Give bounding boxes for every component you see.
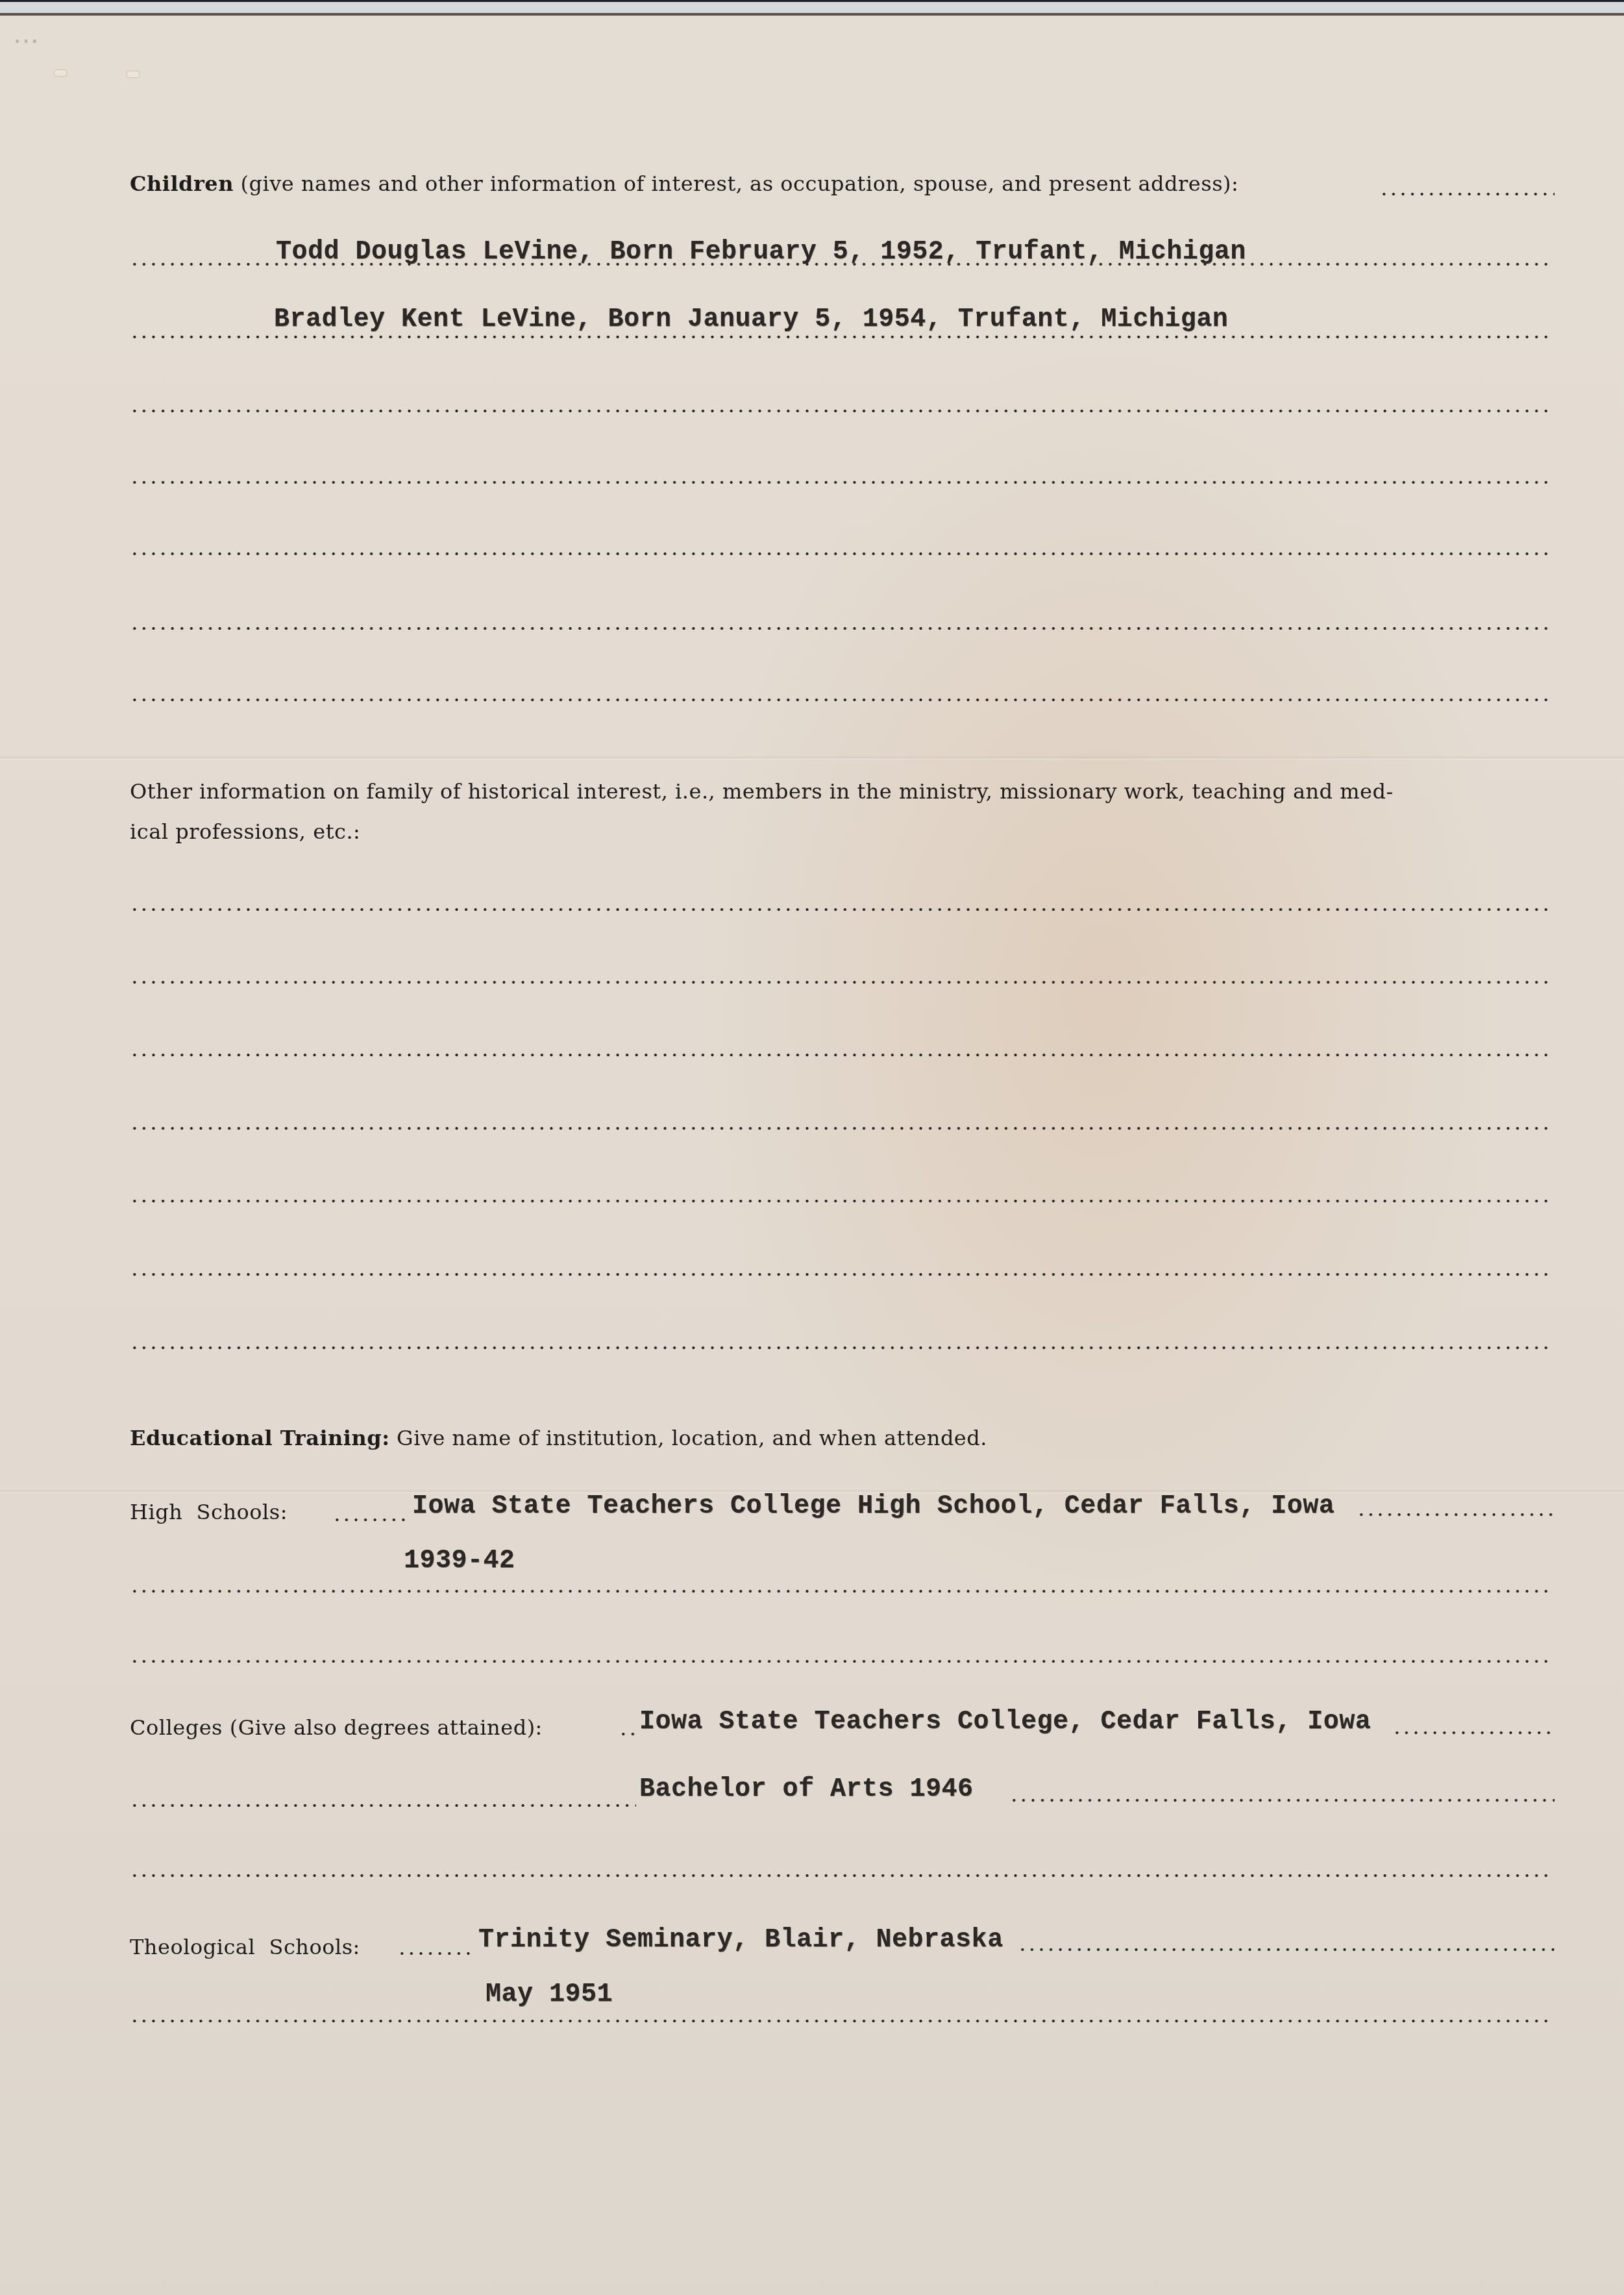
dotted-line[interactable] <box>130 409 1551 413</box>
education-heading: Educational Training: Give name of insti… <box>130 1426 987 1450</box>
high-schools-label: High Schools: <box>130 1500 288 1524</box>
dotted-line <box>1379 192 1555 196</box>
dotted-line[interactable] <box>130 1126 1551 1130</box>
dotted-line[interactable] <box>130 552 1551 556</box>
dotted-line <box>130 1804 636 1807</box>
paper-fold <box>0 756 1624 760</box>
college-degree: Bachelor of Arts 1946 <box>639 1775 974 1804</box>
staple-hole <box>127 71 139 77</box>
dotted-line <box>332 1518 410 1522</box>
dotted-line[interactable] <box>130 908 1551 912</box>
other-info-label-line1: Other information on family of historica… <box>130 779 1394 804</box>
dotted-line <box>1392 1731 1555 1735</box>
dotted-line[interactable] <box>130 335 1551 339</box>
theological-date: May 1951 <box>486 1980 613 2009</box>
dotted-line[interactable] <box>130 698 1551 702</box>
dotted-line[interactable] <box>130 980 1551 984</box>
dotted-line <box>619 1732 638 1736</box>
high-school-years: 1939-42 <box>404 1546 515 1576</box>
staple-hole <box>55 70 66 76</box>
high-school-value: Iowa State Teachers College High School,… <box>412 1492 1335 1521</box>
dotted-line <box>1009 1798 1555 1802</box>
colleges-label: Colleges (Give also degrees attained): <box>130 1715 543 1740</box>
children-label-bold: Children <box>130 171 234 196</box>
child-entry: Bradley Kent LeVine, Born January 5, 195… <box>274 305 1228 334</box>
dotted-line <box>1018 1948 1555 1952</box>
theological-label: Theological Schools: <box>130 1935 360 1959</box>
children-label: Children (give names and other informati… <box>130 171 1238 196</box>
dotted-line <box>1357 1513 1555 1517</box>
dotted-line[interactable] <box>130 1874 1551 1878</box>
dotted-line[interactable] <box>130 1053 1551 1057</box>
dotted-line[interactable] <box>130 480 1551 484</box>
scanner-edge <box>0 0 1624 16</box>
education-heading-text: Give name of institution, location, and … <box>389 1426 987 1450</box>
dotted-line[interactable] <box>130 1589 1551 1593</box>
theological-value: Trinity Seminary, Blair, Nebraska <box>478 1926 1003 1955</box>
dotted-line[interactable] <box>130 262 1551 266</box>
children-label-text: (give names and other information of int… <box>234 171 1238 196</box>
dotted-line[interactable] <box>130 1199 1551 1203</box>
dotted-line[interactable] <box>130 1272 1551 1276</box>
pencil-mark: ⋯ <box>13 26 39 56</box>
dotted-line <box>397 1952 475 1955</box>
college-value: Iowa State Teachers College, Cedar Falls… <box>639 1707 1371 1737</box>
dotted-line[interactable] <box>130 1346 1551 1350</box>
dotted-line[interactable] <box>130 2019 1551 2023</box>
education-heading-bold: Educational Training: <box>130 1426 389 1450</box>
dotted-line[interactable] <box>130 626 1551 630</box>
other-info-label-line2: ical professions, etc.: <box>130 819 360 844</box>
dotted-line[interactable] <box>130 1659 1551 1663</box>
